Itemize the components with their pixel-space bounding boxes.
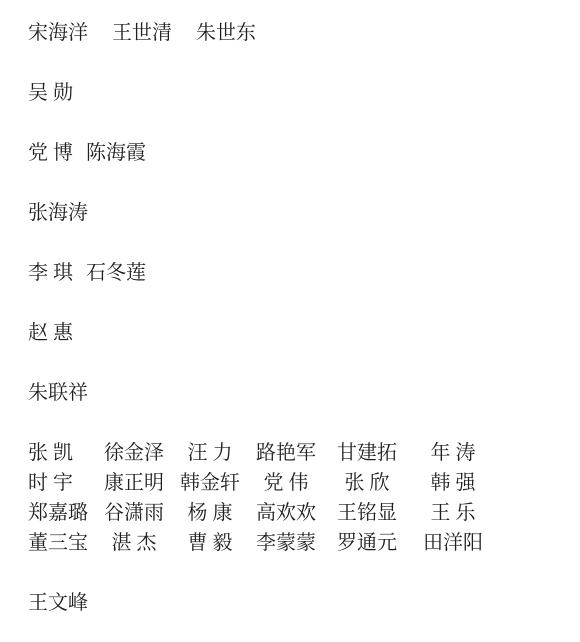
name-line-8: 王文峰 — [28, 588, 580, 618]
person-name: 韩 强 — [410, 468, 496, 498]
name-grid-row-1: 张 凯 徐金泽 汪 力 路艳军 甘建拓 年 涛 — [28, 438, 580, 468]
person-name: 石冬莲 — [86, 258, 146, 288]
name-line-3: 党 博 陈海霞 — [28, 138, 580, 168]
person-name: 王世清 — [112, 18, 172, 48]
person-name: 时 宇 — [28, 468, 96, 498]
person-name: 董三宝 — [28, 528, 96, 558]
person-name: 罗通元 — [324, 528, 410, 558]
person-name: 李 琪 — [28, 258, 73, 288]
name-line-1: 宋海洋 王世清 朱世东 — [28, 18, 580, 48]
person-name: 朱联祥 — [28, 378, 88, 408]
name-line-7: 朱联祥 — [28, 378, 580, 408]
name-grid-row-3: 郑嘉璐 谷潇雨 杨 康 高欢欢 王铭显 王 乐 — [28, 498, 580, 528]
person-name: 张 欣 — [324, 468, 410, 498]
person-name: 张 凯 — [28, 438, 96, 468]
person-name: 徐金泽 — [96, 438, 172, 468]
person-name: 王 乐 — [410, 498, 496, 528]
person-name: 宋海洋 — [28, 18, 88, 48]
name-line-2: 吴 勋 — [28, 78, 580, 108]
person-name: 党 博 — [28, 138, 73, 168]
person-name: 汪 力 — [172, 438, 248, 468]
person-name: 甘建拓 — [324, 438, 410, 468]
person-name: 吴 勋 — [28, 78, 73, 108]
person-name: 李蒙蒙 — [248, 528, 324, 558]
person-name: 高欢欢 — [248, 498, 324, 528]
person-name: 曹 毅 — [172, 528, 248, 558]
person-name: 王文峰 — [28, 588, 88, 618]
person-name: 康正明 — [96, 468, 172, 498]
person-name: 赵 惠 — [28, 318, 73, 348]
name-line-4: 张海涛 — [28, 198, 580, 228]
name-line-5: 李 琪 石冬莲 — [28, 258, 580, 288]
person-name: 王铭显 — [324, 498, 410, 528]
name-line-6: 赵 惠 — [28, 318, 580, 348]
person-name: 张海涛 — [28, 198, 88, 228]
person-name: 郑嘉璐 — [28, 498, 96, 528]
person-name: 陈海霞 — [86, 138, 146, 168]
person-name: 杨 康 — [172, 498, 248, 528]
person-name: 湛 杰 — [96, 528, 172, 558]
person-name: 党 伟 — [248, 468, 324, 498]
person-name: 朱世东 — [196, 18, 256, 48]
document-page: 宋海洋 王世清 朱世东 吴 勋 党 博 陈海霞 张海涛 李 琪 石冬莲 赵 惠 … — [0, 0, 580, 618]
person-name: 年 涛 — [410, 438, 496, 468]
name-grid-row-4: 董三宝 湛 杰 曹 毅 李蒙蒙 罗通元 田洋阳 — [28, 528, 580, 558]
person-name: 路艳军 — [248, 438, 324, 468]
person-name: 田洋阳 — [410, 528, 496, 558]
person-name: 谷潇雨 — [96, 498, 172, 528]
name-grid-row-2: 时 宇 康正明 韩金轩 党 伟 张 欣 韩 强 — [28, 468, 580, 498]
person-name: 韩金轩 — [172, 468, 248, 498]
